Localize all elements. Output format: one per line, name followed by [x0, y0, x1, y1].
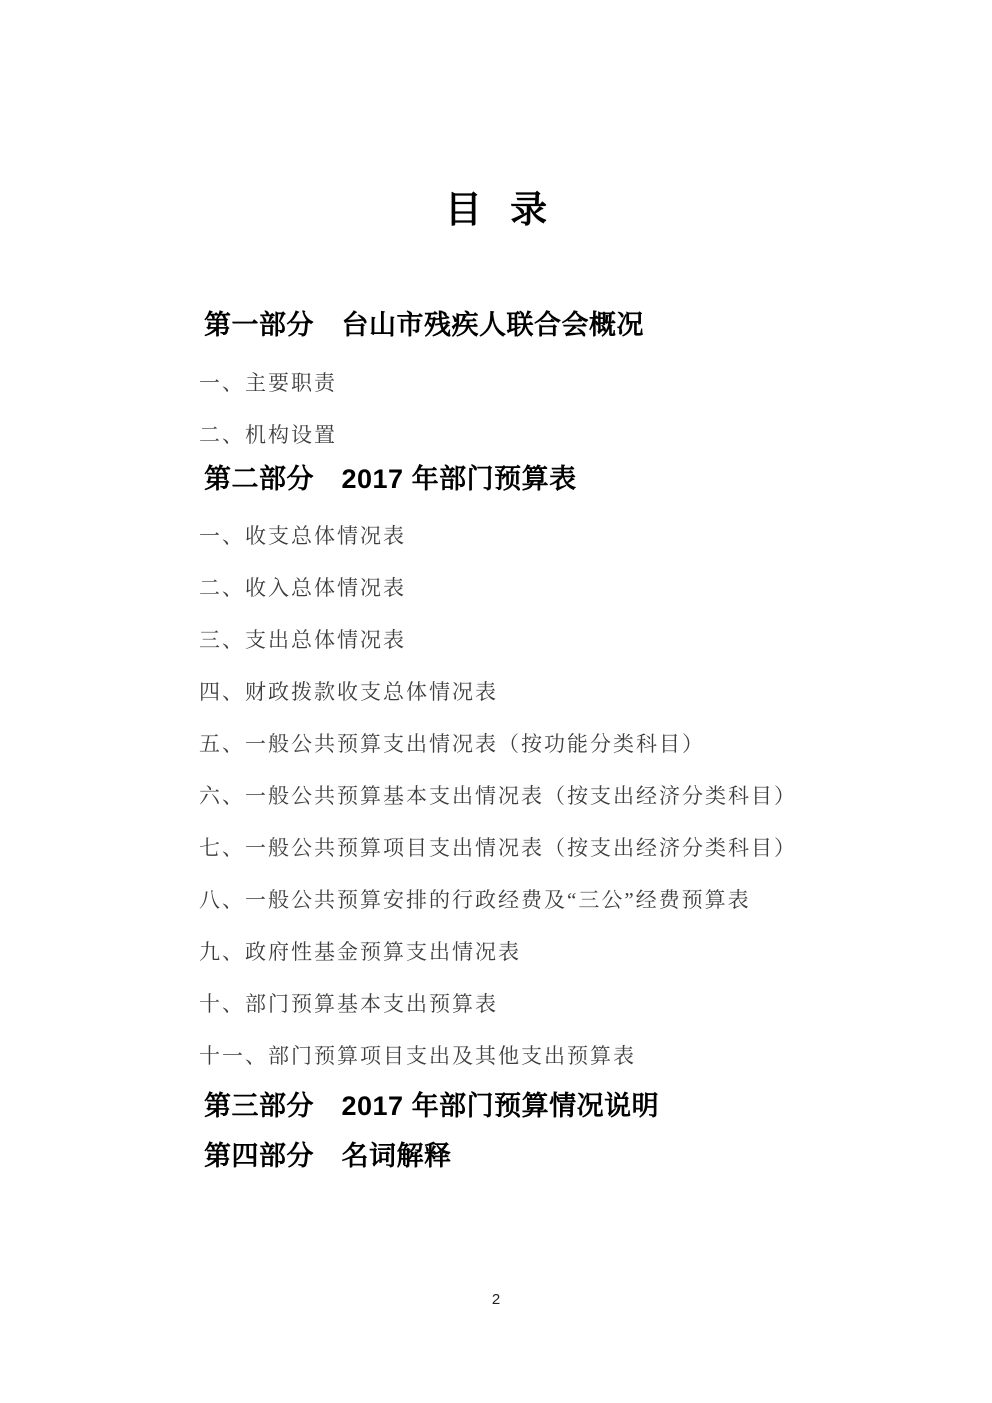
- toc-section-heading-part4: 第四部分 名词解释: [204, 1141, 452, 1172]
- toc-item: 二、机构设置: [199, 423, 337, 447]
- toc-item: 一、主要职责: [199, 371, 337, 395]
- toc-item: 十一、部门预算项目支出及其他支出预算表: [199, 1044, 636, 1068]
- page-title: 目 录: [0, 190, 992, 231]
- document-page: 目 录 第一部分 台山市残疾人联合会概况 一、主要职责 二、机构设置 第二部分 …: [0, 0, 992, 1403]
- toc-item: 一、收支总体情况表: [199, 524, 406, 548]
- toc-item: 二、收入总体情况表: [199, 576, 406, 600]
- toc-section-heading-part2: 第二部分 2017 年部门预算表: [204, 464, 577, 495]
- toc-section-heading-part3: 第三部分 2017 年部门预算情况说明: [204, 1091, 659, 1122]
- toc-item: 九、政府性基金预算支出情况表: [199, 940, 521, 964]
- toc-item: 三、支出总体情况表: [199, 628, 406, 652]
- toc-item: 四、财政拨款收支总体情况表: [199, 680, 498, 704]
- page-number: 2: [0, 1291, 992, 1308]
- toc-item: 八、一般公共预算安排的行政经费及“三公”经费预算表: [199, 888, 751, 912]
- toc-section-heading-part1: 第一部分 台山市残疾人联合会概况: [204, 310, 644, 341]
- toc-item: 十、部门预算基本支出预算表: [199, 992, 498, 1016]
- toc-item: 六、一般公共预算基本支出情况表（按支出经济分类科目）: [199, 784, 797, 808]
- toc-item: 五、一般公共预算支出情况表（按功能分类科目）: [199, 732, 705, 756]
- toc-item: 七、一般公共预算项目支出情况表（按支出经济分类科目）: [199, 836, 797, 860]
